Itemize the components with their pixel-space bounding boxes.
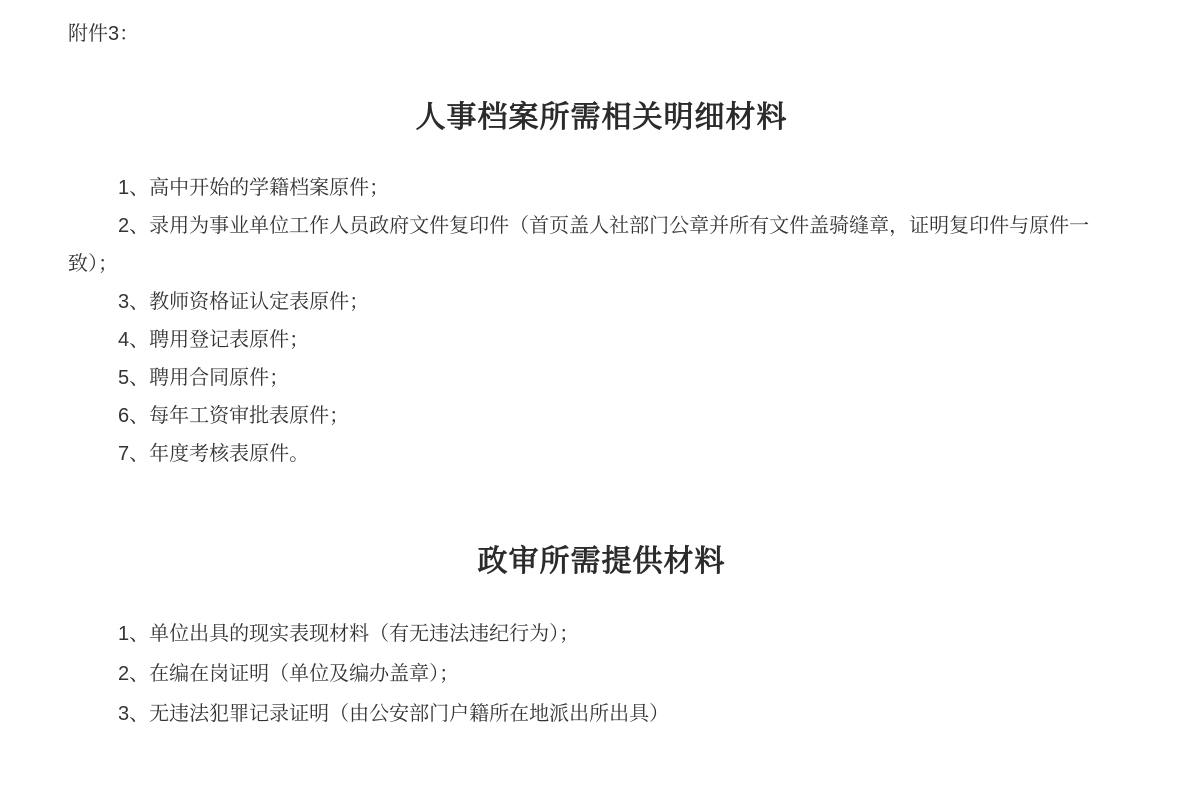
list-item: 2、在编在岗证明（单位及编办盖章）；: [68, 654, 1135, 694]
list-item: 1、高中开始的学籍档案原件；: [68, 169, 1135, 207]
section-2-list: 1、单位出具的现实表现材料（有无违法违纪行为）； 2、在编在岗证明（单位及编办盖…: [68, 614, 1135, 734]
section-2-title: 政审所需提供材料: [68, 544, 1135, 580]
list-item: 7、年度考核表原件。: [68, 435, 1135, 473]
list-item: 5、聘用合同原件；: [68, 359, 1135, 397]
attachment-label: 附件3：: [68, 22, 1135, 46]
document-page: 附件3： 人事档案所需相关明细材料 1、高中开始的学籍档案原件； 2、录用为事业…: [0, 0, 1199, 788]
list-item: 3、无违法犯罪记录证明（由公安部门户籍所在地派出所出具）: [68, 694, 1135, 734]
section-1-list: 1、高中开始的学籍档案原件； 2、录用为事业单位工作人员政府文件复印件（首页盖人…: [68, 169, 1135, 473]
list-item: 1、单位出具的现实表现材料（有无违法违纪行为）；: [68, 614, 1135, 654]
list-item: 6、每年工资审批表原件；: [68, 397, 1135, 435]
list-item: 4、聘用登记表原件；: [68, 321, 1135, 359]
section-1-title: 人事档案所需相关明细材料: [68, 100, 1135, 136]
list-item: 2、录用为事业单位工作人员政府文件复印件（首页盖人社部门公章并所有文件盖骑缝章，…: [68, 207, 1135, 283]
list-item: 3、教师资格证认定表原件；: [68, 283, 1135, 321]
